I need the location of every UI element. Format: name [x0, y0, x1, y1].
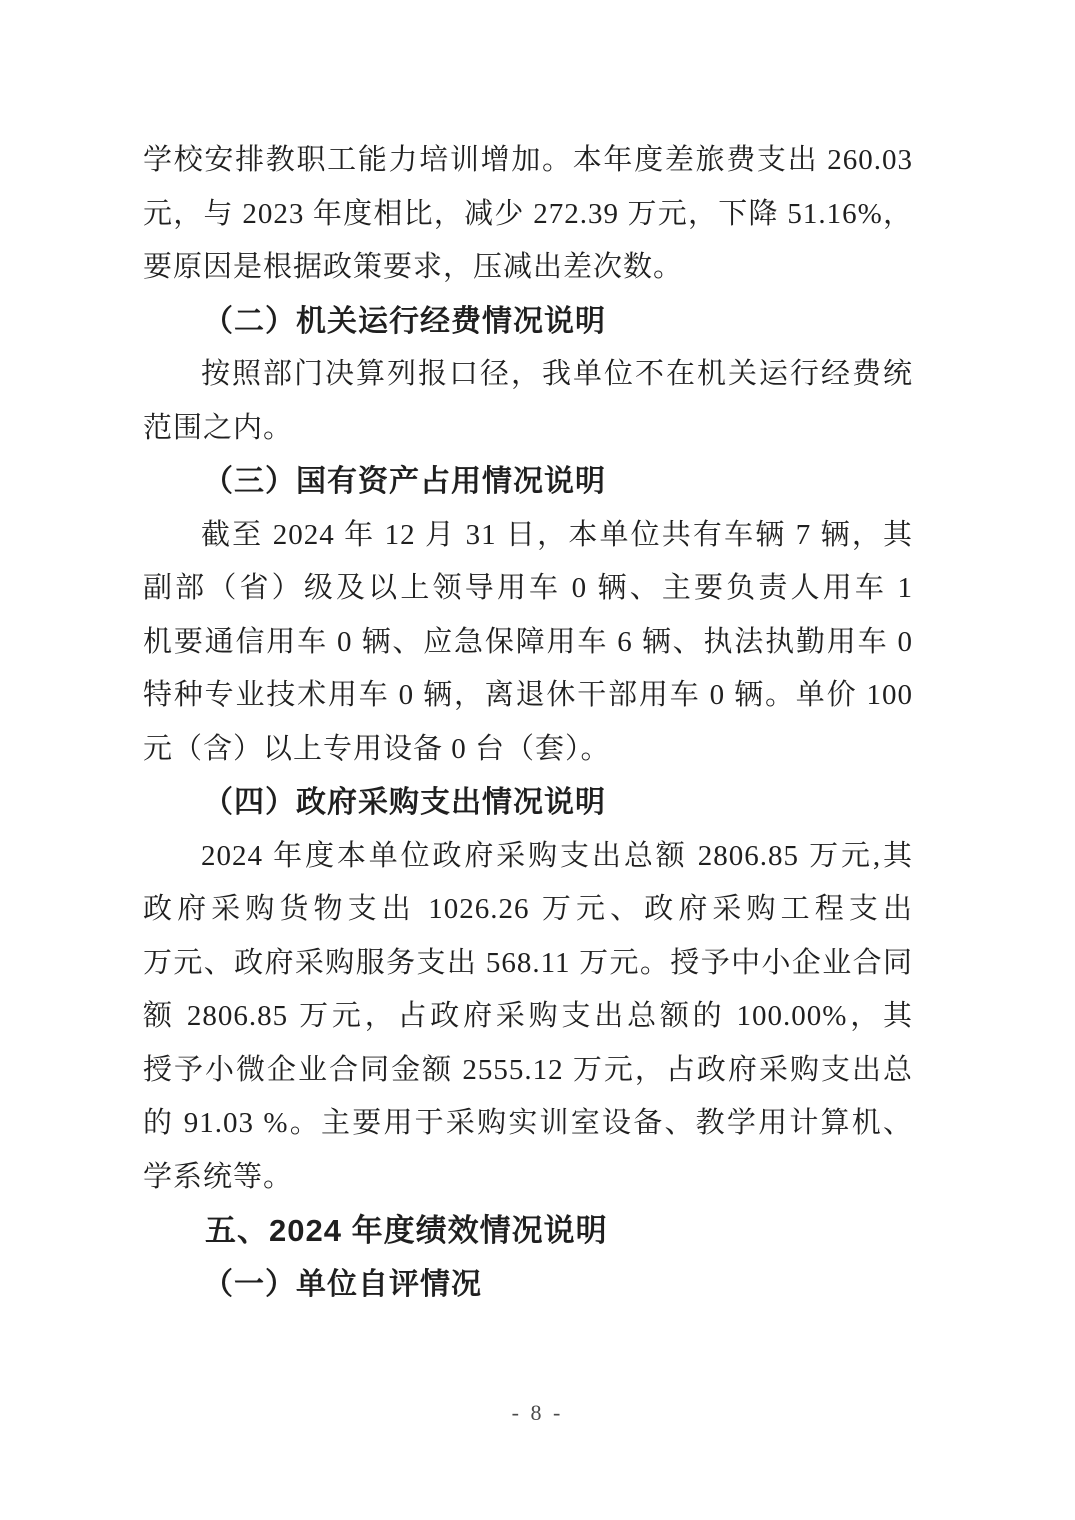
text-line: 的 91.03 %。主要用于采购实训室设备、教学用计算机、教 — [143, 1097, 913, 1151]
text-line: 政府采购货物支出 1026.26 万元、政府采购工程支出 1212.48 — [143, 883, 913, 937]
section-heading: 五、2024 年度绩效情况说明 — [143, 1204, 913, 1258]
text-line: 学校安排教职工能力培训增加。本年度差旅费支出 260.03 万 — [143, 134, 913, 188]
text-line: 额 2806.85 万元，占政府采购支出总额的 100.00%，其中： — [143, 990, 913, 1044]
text-line: 特种专业技术用车 0 辆，离退休干部用车 0 辆。单价 100 万 — [143, 669, 913, 723]
text-line: 授予小微企业合同金额 2555.12 万元，占政府采购支出总额 — [143, 1044, 913, 1098]
text-line: 万元、政府采购服务支出 568.11 万元。授予中小企业合同金 — [143, 937, 913, 991]
text-line: 机要通信用车 0 辆、应急保障用车 6 辆、执法执勤用车 0 辆， — [143, 616, 913, 670]
page-number: - 8 - — [0, 1400, 1075, 1426]
document-page: 学校安排教职工能力培训增加。本年度差旅费支出 260.03 万元，与 2023 … — [0, 0, 1075, 1520]
section-heading: （二）机关运行经费情况说明 — [143, 295, 913, 349]
document-text: 学校安排教职工能力培训增加。本年度差旅费支出 260.03 万元，与 2023 … — [143, 134, 913, 1311]
text-line: 学系统等。 — [143, 1151, 913, 1205]
section-heading: （四）政府采购支出情况说明 — [143, 776, 913, 830]
text-line: 要原因是根据政策要求，压减出差次数。 — [143, 241, 913, 295]
text-line: 元，与 2023 年度相比，减少 272.39 万元，下降 51.16%，主 — [143, 188, 913, 242]
text-line: 按照部门决算列报口径，我单位不在机关运行经费统计 — [143, 348, 913, 402]
text-line: 2024 年度本单位政府采购支出总额 2806.85 万元,其中： — [143, 830, 913, 884]
section-heading: （一）单位自评情况 — [143, 1258, 913, 1312]
text-line: 截至 2024 年 12 月 31 日，本单位共有车辆 7 辆，其中， — [143, 509, 913, 563]
text-line: 元（含）以上专用设备 0 台（套）。 — [143, 723, 913, 777]
text-line: 范围之内。 — [143, 402, 913, 456]
section-heading: （三）国有资产占用情况说明 — [143, 455, 913, 509]
text-line: 副部（省）级及以上领导用车 0 辆、主要负责人用车 1 辆、 — [143, 562, 913, 616]
